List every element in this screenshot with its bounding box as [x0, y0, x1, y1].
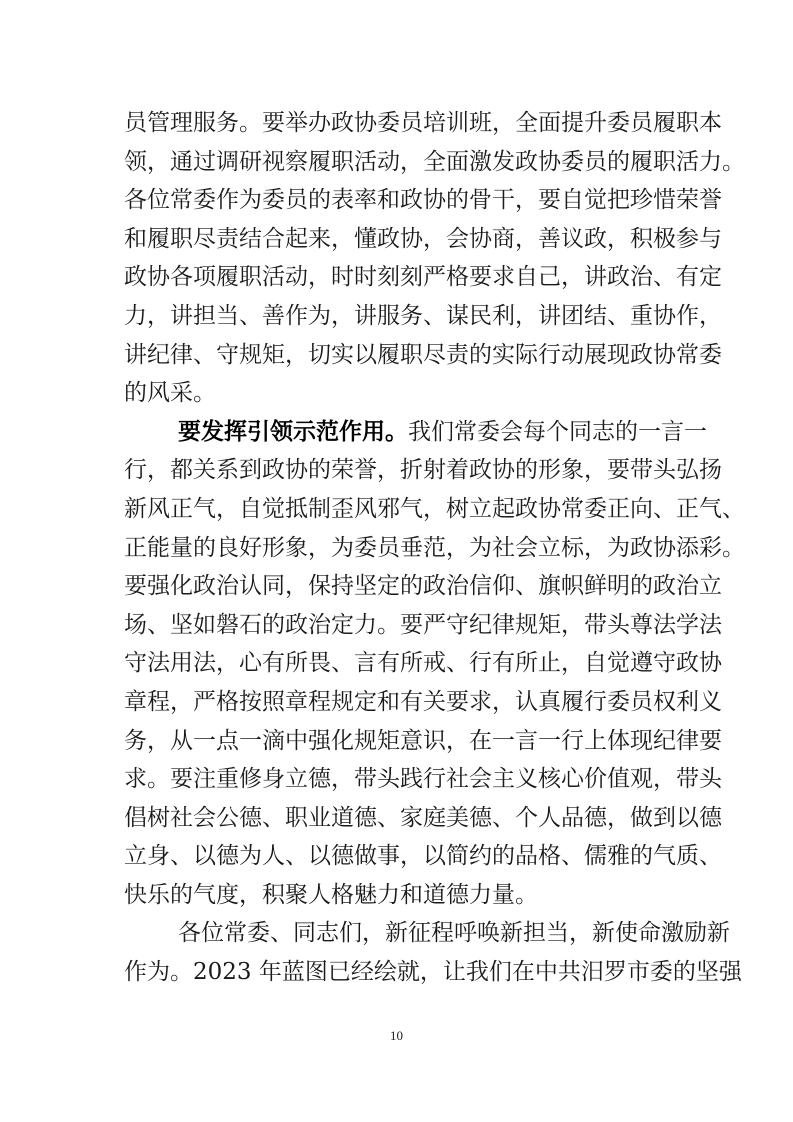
text-line: 领，通过调研视察履职活动，全面激发政协委员的履职活力。: [124, 143, 674, 182]
paragraph-1: 员管理服务。要举办政协委员培训班，全面提升委员履职本 领，通过调研视察履职活动，…: [124, 104, 674, 413]
text-line-with-heading: 要发挥引领示范作用。我们常委会每个同志的一言一: [124, 413, 674, 452]
text-line: 要强化政治认同，保持坚定的政治信仰、旗帜鲜明的政治立: [124, 567, 674, 606]
text-line: 各位常委、同志们，新征程呼唤新担当，新使命激励新: [124, 914, 674, 953]
text-line: 的风采。: [124, 374, 674, 413]
paragraph-2: 要发挥引领示范作用。我们常委会每个同志的一言一 行，都关系到政协的荣誉，折射着政…: [124, 413, 674, 915]
text-line: 力，讲担当、善作为，讲服务、谋民利，讲团结、重协作，: [124, 297, 674, 336]
text-line: 务，从一点一滴中强化规矩意识，在一言一行上体现纪律要: [124, 722, 674, 761]
text-line: 守法用法，心有所畏、言有所戒、行有所止，自觉遵守政协: [124, 644, 674, 683]
text-line: 新风正气，自觉抵制歪风邪气，树立起政协常委正向、正气、: [124, 490, 674, 529]
document-body: 员管理服务。要举办政协委员培训班，全面提升委员履职本 领，通过调研视察履职活动，…: [124, 104, 674, 992]
text-line: 作为。2023 年蓝图已经绘就，让我们在中共汨罗市委的坚强: [124, 953, 674, 992]
text-run: 我们常委会每个同志的一言一: [408, 419, 707, 445]
document-page: 员管理服务。要举办政协委员培训班，全面提升委员履职本 领，通过调研视察履职活动，…: [0, 0, 793, 1122]
text-line: 求。要注重修身立德，带头践行社会主义核心价值观，带头: [124, 760, 674, 799]
text-line: 讲纪律、守规矩，切实以履职尽责的实际行动展现政协常委: [124, 336, 674, 375]
text-line: 行，都关系到政协的荣誉，折射着政协的形象，要带头弘扬: [124, 451, 674, 490]
text-line: 立身、以德为人、以德做事，以简约的品格、儒雅的气质、: [124, 837, 674, 876]
text-line: 员管理服务。要举办政协委员培训班，全面提升委员履职本: [124, 104, 674, 143]
text-line: 各位常委作为委员的表率和政协的骨干，要自觉把珍惜荣誉: [124, 181, 674, 220]
text-line: 倡树社会公德、职业道德、家庭美德、个人品德，做到以德: [124, 799, 674, 838]
paragraph-3: 各位常委、同志们，新征程呼唤新担当，新使命激励新 作为。2023 年蓝图已经绘就…: [124, 914, 674, 991]
text-line: 政协各项履职活动，时时刻刻严格要求自己，讲政治、有定: [124, 258, 674, 297]
text-line: 正能量的良好形象，为委员垂范，为社会立标，为政协添彩。: [124, 529, 674, 568]
text-line: 快乐的气度，积聚人格魅力和道德力量。: [124, 876, 674, 915]
section-heading: 要发挥引领示范作用。: [178, 419, 408, 445]
text-line: 章程，严格按照章程规定和有关要求，认真履行委员权利义: [124, 683, 674, 722]
text-line: 和履职尽责结合起来，懂政协，会协商，善议政，积极参与: [124, 220, 674, 259]
text-line: 场、坚如磐石的政治定力。要严守纪律规矩，带头尊法学法: [124, 606, 674, 645]
page-number: 10: [0, 1028, 793, 1044]
